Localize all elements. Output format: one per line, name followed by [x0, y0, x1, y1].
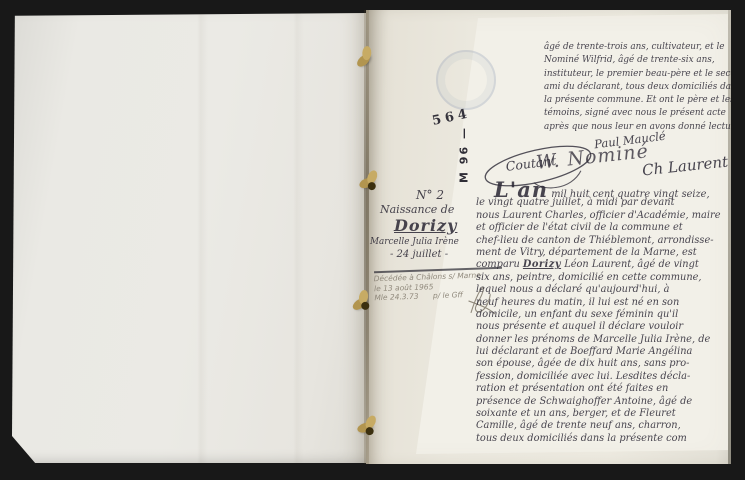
right-page: 564 M 96 — âgé de trente-trois ans, cult…: [366, 10, 731, 464]
act-line: lui déclarant et de Boeffard Marie Angél…: [476, 346, 731, 358]
register-book: 564 M 96 — âgé de trente-trois ans, cult…: [12, 10, 731, 464]
scan-background: 564 M 96 — âgé de trente-trois ans, cult…: [0, 0, 745, 480]
act-line: nous Laurent Charles, officier d'Académi…: [476, 210, 731, 222]
top-text-line: instituteur, le premier beau-père et le …: [544, 67, 721, 80]
act-line: ration et présentation ont été faites en: [476, 383, 731, 395]
book-gutter: [364, 10, 369, 464]
act-line: tous deux domiciliés dans la présente co…: [476, 433, 731, 445]
act-line: et officier de l'état civil de la commun…: [476, 222, 731, 234]
top-text-line: Nominé Wilfrid, âgé de trente-six ans,: [544, 53, 721, 66]
folio-mark: M 96 —: [458, 119, 471, 191]
paper-fastener: [355, 413, 383, 445]
pencil-note-ref: Mle 24.3.73: [374, 292, 418, 303]
act-line: L'an mil huit cent quatre vingt seize,: [476, 185, 731, 197]
top-text-block: âgé de trente-trois ans, cultivateur, et…: [544, 40, 730, 133]
left-blank-page: [12, 13, 368, 463]
margin-surname: Dorizy: [394, 216, 457, 235]
top-text-line: ami du déclarant, tous deux domiciliés d…: [544, 80, 721, 93]
fastener-hole: [361, 301, 370, 310]
act-line: son épouse, âgée de dix huit ans, sans p…: [476, 358, 731, 370]
act-line: lequel nous a déclaré qu'aujourd'hui, à: [476, 284, 731, 296]
act-line: domicile, un enfant du sexe féminin qu'i…: [476, 309, 731, 321]
act-line: chef-lieu de canton de Thiéblemont, arro…: [476, 235, 731, 247]
act-line-part: Léon Laurent, âgé de vingt: [561, 259, 699, 270]
act-line-part: comparu: [476, 259, 523, 270]
act-line: Camille, âgé de trente neuf ans, charron…: [476, 420, 731, 432]
act-line: donner les prénoms de Marcelle Julia Irè…: [476, 334, 731, 346]
act-line: soixante et un ans, berger, et de Fleure…: [476, 408, 731, 420]
top-text-line: témoins, signé avec nous le présent acte: [544, 106, 721, 119]
act-line: comparu Dorizy Léon Laurent, âgé de ving…: [476, 259, 731, 271]
act-line: fession, domiciliée avec lui. Lesdites d…: [476, 371, 731, 383]
top-text-line: après que nous leur en avons donné lectu…: [544, 120, 721, 133]
paper-fastener: [358, 169, 385, 199]
act-line: six ans, peintre, domicilié en cette com…: [476, 272, 731, 284]
top-text-line: âgé de trente-trois ans, cultivateur, et…: [544, 40, 721, 53]
page-fold-lines: [12, 13, 368, 463]
act-line: neuf heures du matin, il lui est né en s…: [476, 297, 731, 309]
act-line: présence de Schwaighoffer Antoine, âgé d…: [476, 396, 731, 408]
act-text-block: L'an mil huit cent quatre vingt seize, l…: [476, 185, 731, 445]
top-text-line: la présente commune. Et ont le père et l…: [544, 93, 721, 106]
act-surname: Dorizy: [523, 259, 561, 270]
round-archive-stamp: [436, 50, 496, 110]
act-line: nous présente et auquel il déclare voulo…: [476, 321, 731, 333]
fastener-hole: [367, 182, 376, 191]
paper-fastener: [350, 288, 378, 319]
act-line: ment de Vitry, département de la Marne, …: [476, 247, 731, 259]
pencil-note-greffier: p/ le Gff: [433, 290, 463, 301]
fastener-hole: [365, 427, 374, 436]
